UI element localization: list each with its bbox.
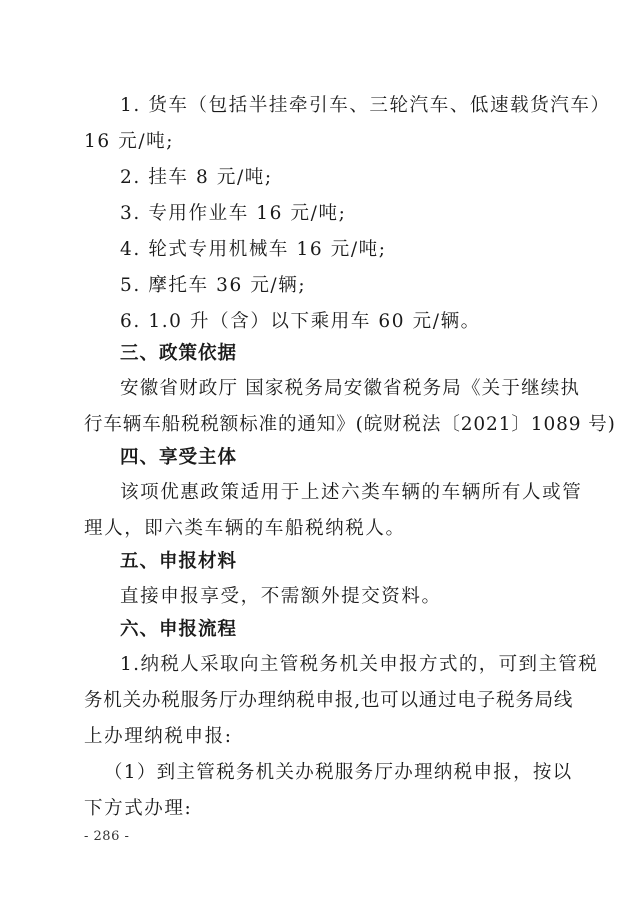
beneficiaries-line-2: 理人，即六类车辆的车船税纳税人。 (84, 517, 406, 541)
rate-item-1: 1. 货车（包括半挂牵引车、三轮汽车、低速载货汽车） (120, 94, 594, 118)
section-heading-process: 六、申报流程 (120, 618, 237, 642)
process-line-1: 1.纳税人采取向主管税务机关申报方式的，可到主管税 (120, 653, 598, 677)
process-step-1-line-2: 下方式办理: (84, 797, 192, 821)
document-page: 1. 货车（包括半挂牵引车、三轮汽车、低速载货汽车） 16 元/吨; 2. 挂车… (0, 0, 642, 907)
section-heading-policy-basis: 三、政策依据 (120, 342, 237, 366)
process-line-2: 务机关办税服务厅办理纳税申报,也可以通过电子税务局线 (84, 689, 573, 713)
rate-item-4: 4. 轮式专用机械车 16 元/吨; (120, 238, 387, 262)
rate-item-1-continued: 16 元/吨; (84, 130, 174, 154)
section-heading-beneficiaries: 四、享受主体 (120, 446, 237, 470)
policy-basis-line-1: 安徽省财政厅 国家税务局安徽省税务局《关于继续执 (120, 377, 594, 401)
process-step-1-line-1: （1）到主管税务机关办税服务厅办理纳税申报，按以 (104, 761, 572, 785)
page-number: - 286 - (84, 829, 129, 845)
rate-item-6: 6. 1.0 升（含）以下乘用车 60 元/辆。 (120, 310, 481, 334)
process-line-3: 上办理纳税申报: (84, 725, 233, 749)
beneficiaries-line-1: 该项优惠政策适用于上述六类车辆的车辆所有人或管 (120, 481, 582, 505)
policy-basis-line-2: 行车辆车船税税额标准的通知》(皖财税法〔2021〕1089 号) (84, 413, 616, 437)
rate-item-5: 5. 摩托车 36 元/辆; (120, 274, 306, 298)
section-heading-materials: 五、申报材料 (120, 550, 237, 574)
rate-item-2: 2. 挂车 8 元/吨; (120, 166, 273, 190)
rate-item-3: 3. 专用作业车 16 元/吨; (120, 202, 346, 226)
materials-line-1: 直接申报享受，不需额外提交资料。 (120, 585, 442, 609)
